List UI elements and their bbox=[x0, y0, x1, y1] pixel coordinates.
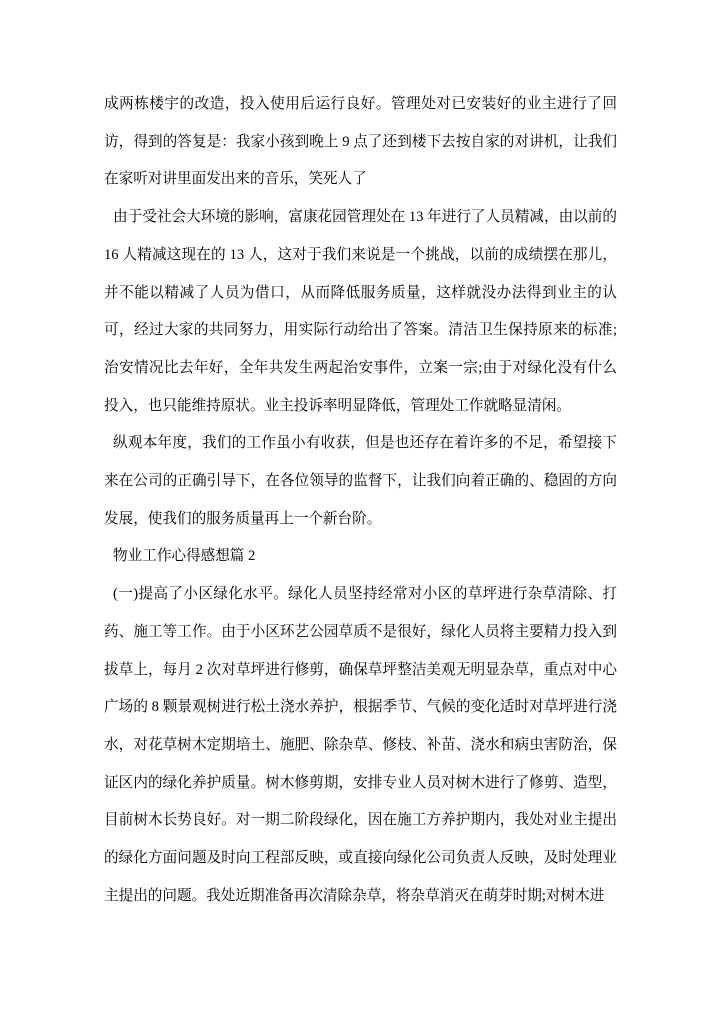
paragraph-greening-improvement: (一)提高了小区绿化水平。绿化人员坚持经常对小区的草坪进行杂草清除、打药、施工等… bbox=[104, 576, 617, 915]
document-text-block: 成两栋楼宇的改造，投入使用后运行良好。管理处对已安装好的业主进行了回访，得到的答… bbox=[104, 86, 617, 915]
paragraph-year-summary: 纵观本年度，我们的工作虽小有收获，但是也还存在着许多的不足，希望接下来在公司的正… bbox=[104, 425, 617, 538]
paragraph-intercom-retrofit: 成两栋楼宇的改造，投入使用后运行良好。管理处对已安装好的业主进行了回访，得到的答… bbox=[104, 86, 617, 199]
paragraph-staff-reduction: 由于受社会大环境的影响，富康花园管理处在 13 年进行了人员精减，由以前的 16… bbox=[104, 199, 617, 425]
section-heading-part-2: 物业工作心得感想篇 2 bbox=[104, 538, 617, 576]
document-page: 成两栋楼宇的改造，投入使用后运行良好。管理处对已安装好的业主进行了回访，得到的答… bbox=[0, 0, 721, 1020]
